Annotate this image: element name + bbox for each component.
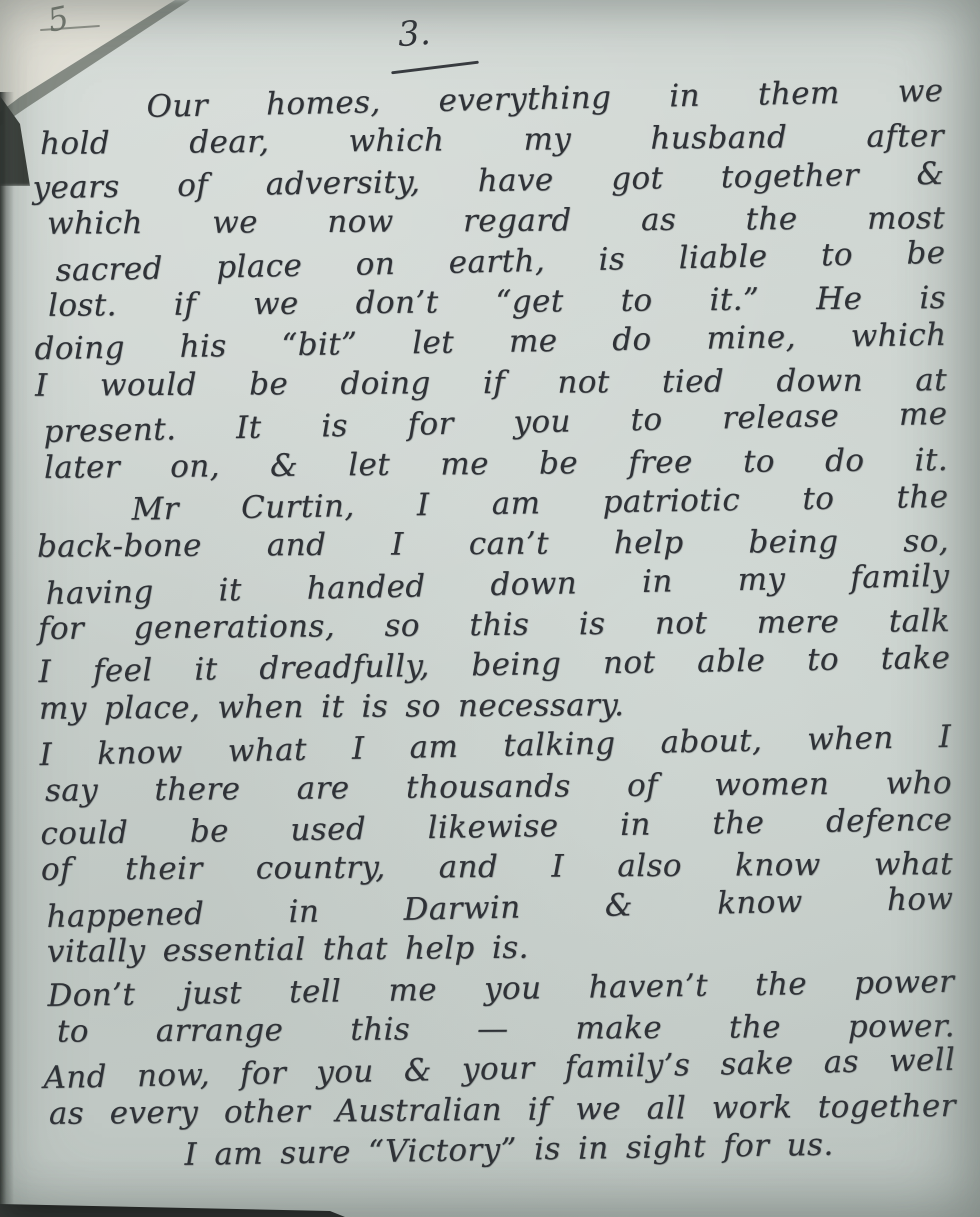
page-number: 3. xyxy=(398,14,430,54)
scanned-letter-page: 5 3. Our homes, everything in them wehol… xyxy=(0,0,980,1217)
page-number-text: 3. xyxy=(397,13,432,55)
letter-body: Our homes, everything in them wehold dea… xyxy=(31,76,956,1178)
scan-edge-left xyxy=(0,92,14,1217)
corner-mark: 5 xyxy=(44,0,72,40)
